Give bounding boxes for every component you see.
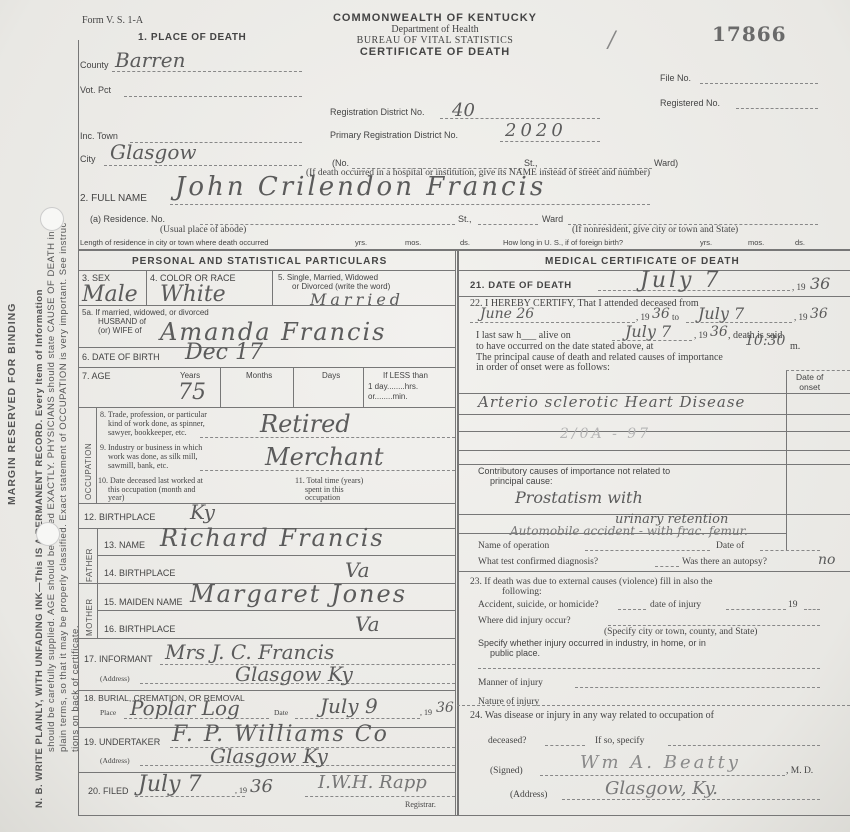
occupation-side-label: OCCUPATION xyxy=(84,443,93,500)
date-of-death-year-prefix: , 19 xyxy=(792,282,806,292)
attended-from-value: June 26 xyxy=(480,306,534,322)
occupation-related-label-2: deceased? xyxy=(488,736,527,746)
abode-note: (Usual place of abode) xyxy=(160,225,246,235)
registrar-signature: I.W.H. Rapp xyxy=(318,772,427,793)
residence-street-label: St., xyxy=(458,214,472,224)
last-saw-year-value: 36 xyxy=(710,324,728,340)
age-days-label: Days xyxy=(322,371,340,380)
file-number-field xyxy=(700,83,818,84)
specify-label-1: Specify whether injury occurred in indus… xyxy=(478,638,706,648)
signed-label: (Signed) xyxy=(490,766,523,776)
external-causes-label-2: following: xyxy=(502,587,542,597)
binding-punch-hole xyxy=(36,522,60,546)
check-mark-icon: / xyxy=(608,28,615,53)
trade-label-2: kind of work done, as spinner, xyxy=(100,419,207,428)
contributory-label-1: Contributory causes of importance not re… xyxy=(478,466,670,476)
header-block: COMMONWEALTH OF KENTUCKY Department of H… xyxy=(290,12,580,58)
ds-label: ds. xyxy=(460,238,470,247)
full-name-value: John Crilendon Francis xyxy=(175,172,546,202)
sex-value: Male xyxy=(82,282,138,307)
mother-maiden-name-label: 15. MAIDEN NAME xyxy=(104,597,183,607)
specify-label-2: public place. xyxy=(490,648,540,658)
trade-label: 8. Trade, profession, or particular kind… xyxy=(100,410,207,437)
trade-value: Retired xyxy=(260,410,351,438)
burial-date-value: July 9 xyxy=(320,694,378,718)
physician-signature: Wm A. Beatty xyxy=(580,752,741,773)
date-of-birth-label: 6. DATE OF BIRTH xyxy=(82,352,160,362)
cause-code-stamp: 2/0A - 97 xyxy=(560,426,651,442)
yrs-label: yrs. xyxy=(355,238,367,247)
autopsy-label: Was there an autopsy? xyxy=(682,557,767,567)
autopsy-value: no xyxy=(818,552,835,568)
date-of-birth-value: Dec 17 xyxy=(185,340,263,365)
injury-year-prefix: 19 xyxy=(788,600,798,610)
margin-instruction-line-1: N. B. WRITE PLAINLY, WITH UNFADING INK—T… xyxy=(34,289,45,808)
test-confirmed-label: What test confirmed diagnosis? xyxy=(478,557,598,567)
if-so-specify-label: If so, specify xyxy=(595,736,644,746)
registration-district-value: 40 xyxy=(452,100,475,121)
binding-punch-hole xyxy=(40,207,64,231)
vot-pct-label: Vot. Pct xyxy=(80,85,111,95)
county-label: County xyxy=(80,60,109,70)
less-than-label-3: or........min. xyxy=(368,392,408,401)
margin-instruction-line-2: should be carefully supplied. AGE should… xyxy=(46,231,57,752)
manner-of-injury-label: Manner of injury xyxy=(478,678,543,688)
filed-label: 20. FILED xyxy=(88,786,129,796)
father-name-value: Richard Francis xyxy=(160,524,385,552)
death-certificate: MARGIN RESERVED FOR BINDING N. B. WRITE … xyxy=(0,0,850,832)
where-injury-note: (Specify city or town, county, and State… xyxy=(604,627,757,637)
last-saw-value: July 7 xyxy=(625,322,671,341)
date-of-onset-header: Date of onset xyxy=(796,372,823,392)
industry-value: Merchant xyxy=(265,443,384,471)
medical-heading: MEDICAL CERTIFICATE OF DEATH xyxy=(545,256,740,267)
spouse-label-2: HUSBAND of xyxy=(98,317,146,326)
margin-instruction-line-3: plain terms, so that it may be properly … xyxy=(58,219,69,752)
personal-heading: PERSONAL AND STATISTICAL PARTICULARS xyxy=(132,256,387,267)
operation-date-label: Date of xyxy=(716,541,744,551)
undertaker-label: 19. UNDERTAKER xyxy=(84,737,160,747)
time-suffix: m. xyxy=(790,341,800,352)
residence-ward-label: Ward xyxy=(542,214,563,224)
length-of-residence-label: Length of residence in city or town wher… xyxy=(80,238,268,247)
burial-year-value: 36 xyxy=(436,700,454,716)
father-birthplace-label: 14. BIRTHPLACE xyxy=(104,568,175,578)
age-years-label: Years xyxy=(180,371,200,380)
filed-year-value: 36 xyxy=(250,776,273,797)
onset-header-1: Date of xyxy=(796,372,823,382)
principal-cause-label-2: in order of onset were as follows: xyxy=(476,362,610,373)
age-label: 7. AGE xyxy=(82,371,111,381)
ward-label: Ward) xyxy=(654,158,678,168)
ds-label: ds. xyxy=(795,238,805,247)
father-name-label: 13. NAME xyxy=(104,540,145,550)
form-number: Form V. S. 1-A xyxy=(82,15,143,26)
industry-label-1: 9. Industry or business in which xyxy=(100,443,202,452)
external-causes-label-1: 23. If death was due to external causes … xyxy=(470,577,712,587)
last-worked-label-3: year) xyxy=(98,494,203,503)
margin-instruction-line-4: tions on back of certificate. xyxy=(70,625,81,752)
physician-address-value: Glasgow, Ky. xyxy=(605,778,718,799)
city-label: City xyxy=(80,154,96,164)
injury-date-label: date of injury xyxy=(650,600,701,610)
burial-place-label: Place xyxy=(100,708,116,717)
last-saw-year-prefix: , 19 xyxy=(694,330,708,340)
certificate-title: CERTIFICATE OF DEATH xyxy=(290,46,580,58)
certificate-number: 17866 xyxy=(712,22,787,46)
informant-address-label: (Address) xyxy=(100,674,130,683)
last-worked-label: 10. Date deceased last worked at this oc… xyxy=(98,477,203,503)
file-number-label: File No. xyxy=(660,73,691,83)
nonresident-note: (If nonresident, give city or town and S… xyxy=(572,225,738,235)
contributory-cause-3: Automobile accident - with frac. femur. xyxy=(510,524,748,538)
burial-date-label: Date xyxy=(274,708,288,717)
marital-status-value: Married xyxy=(310,290,404,309)
less-than-label-1: If LESS than xyxy=(383,371,428,380)
occupation-related-label-1: 24. Was disease or injury in any way rel… xyxy=(470,710,714,721)
md-label: , M. D. xyxy=(786,766,813,776)
operation-label: Name of operation xyxy=(478,541,549,551)
mother-birthplace-label: 16. BIRTHPLACE xyxy=(104,624,175,634)
residence-label: (a) Residence. No. xyxy=(90,214,165,224)
city-value: Glasgow xyxy=(110,140,197,164)
time-of-death-value: 10:30 xyxy=(745,333,785,349)
place-of-death-heading: 1. PLACE OF DEATH xyxy=(138,32,246,43)
filed-year-prefix: , 19 xyxy=(235,786,247,795)
age-months-label: Months xyxy=(246,371,272,380)
contributory-label-2: principal cause: xyxy=(490,476,553,486)
occurred-label: to have occurred on the date stated abov… xyxy=(476,341,653,352)
color-race-value: White xyxy=(160,282,226,307)
total-time-label-3: occupation xyxy=(295,494,363,503)
informant-value: Mrs J. C. Francis xyxy=(165,640,334,664)
mother-maiden-name-value: Margaret Jones xyxy=(190,580,407,608)
margin-binding-note: MARGIN RESERVED FOR BINDING xyxy=(6,303,18,505)
registration-district-label: Registration District No. xyxy=(330,107,425,117)
street-label: St., xyxy=(524,158,538,168)
physician-address-label: (Address) xyxy=(510,790,547,800)
filed-date-value: July 7 xyxy=(138,772,201,797)
mos-label: mos. xyxy=(748,238,764,247)
trade-label-1: 8. Trade, profession, or particular xyxy=(100,410,207,419)
primary-registration-label: Primary Registration District No. xyxy=(330,130,458,140)
industry-label-2: work was done, as silk mill, xyxy=(100,452,202,461)
full-name-label: 2. FULL NAME xyxy=(80,193,147,204)
attended-from-year-value: 36 xyxy=(652,306,670,322)
attended-from-year-prefix: , 19 xyxy=(636,312,650,322)
father-birthplace-value: Va xyxy=(345,558,370,582)
attended-to-label: to xyxy=(672,312,679,322)
date-of-death-value: July 7 xyxy=(640,268,721,293)
industry-label: 9. Industry or business in which work wa… xyxy=(100,443,202,470)
registered-number-label: Registered No. xyxy=(660,98,720,108)
registrar-label: Registrar. xyxy=(405,800,436,809)
undertaker-address-value: Glasgow Ky xyxy=(210,744,328,768)
industry-label-3: sawmill, bank, etc. xyxy=(100,461,202,470)
date-of-death-year-value: 36 xyxy=(810,274,830,293)
county-value: Barren xyxy=(115,48,185,72)
trade-label-3: sawyer, bookkeeper, etc. xyxy=(100,428,207,437)
mos-label: mos. xyxy=(405,238,421,247)
burial-year-prefix: , 19 xyxy=(420,708,432,717)
accident-label: Accident, suicide, or homicide? xyxy=(478,600,599,610)
attended-to-year-value: 36 xyxy=(810,306,828,322)
attended-to-value: July 7 xyxy=(698,304,744,323)
bureau-name: BUREAU OF VITAL STATISTICS xyxy=(290,35,580,46)
principal-cause-value: Arterio sclerotic Heart Disease xyxy=(478,393,745,411)
last-saw-label: I last saw h___ alive on xyxy=(476,330,571,341)
informant-address-value: Glasgow Ky xyxy=(235,662,353,686)
primary-registration-value: 2020 xyxy=(505,120,567,141)
contributory-cause-1: Prostatism with xyxy=(515,488,643,507)
onset-header-2: onset xyxy=(796,382,823,392)
burial-place-value: Poplar Log xyxy=(130,696,240,720)
department-name: Department of Health xyxy=(290,24,580,35)
registered-number-field xyxy=(736,108,818,109)
yrs-label: yrs. xyxy=(700,238,712,247)
undertaker-address-label: (Address) xyxy=(100,756,130,765)
foreign-birth-label: How long in U. S., if of foreign birth? xyxy=(503,238,623,247)
marital-status-label-1: 5. Single, Married, Widowed xyxy=(278,273,378,282)
birthplace-label: 12. BIRTHPLACE xyxy=(84,512,155,522)
spouse-label-3: (or) WIFE of xyxy=(98,326,142,335)
birthplace-value: Ky xyxy=(190,500,215,524)
father-side-label: FATHER xyxy=(85,548,94,582)
age-years-value: 75 xyxy=(178,380,206,405)
state-name: COMMONWEALTH OF KENTUCKY xyxy=(290,12,580,24)
mother-side-label: MOTHER xyxy=(85,598,94,636)
attended-to-year-prefix: , 19 xyxy=(794,312,808,322)
date-of-death-label: 21. DATE OF DEATH xyxy=(470,280,572,291)
informant-label: 17. INFORMANT xyxy=(84,654,153,664)
street-no-label: (No. xyxy=(332,158,349,168)
less-than-label-2: 1 day........hrs. xyxy=(368,382,418,391)
total-time-label: 11. Total time (years) spent in this occ… xyxy=(295,477,363,503)
mother-birthplace-value: Va xyxy=(355,612,380,636)
spouse-label-1: 5a. If married, widowed, or divorced xyxy=(82,308,209,317)
where-injury-label: Where did injury occur? xyxy=(478,616,571,626)
